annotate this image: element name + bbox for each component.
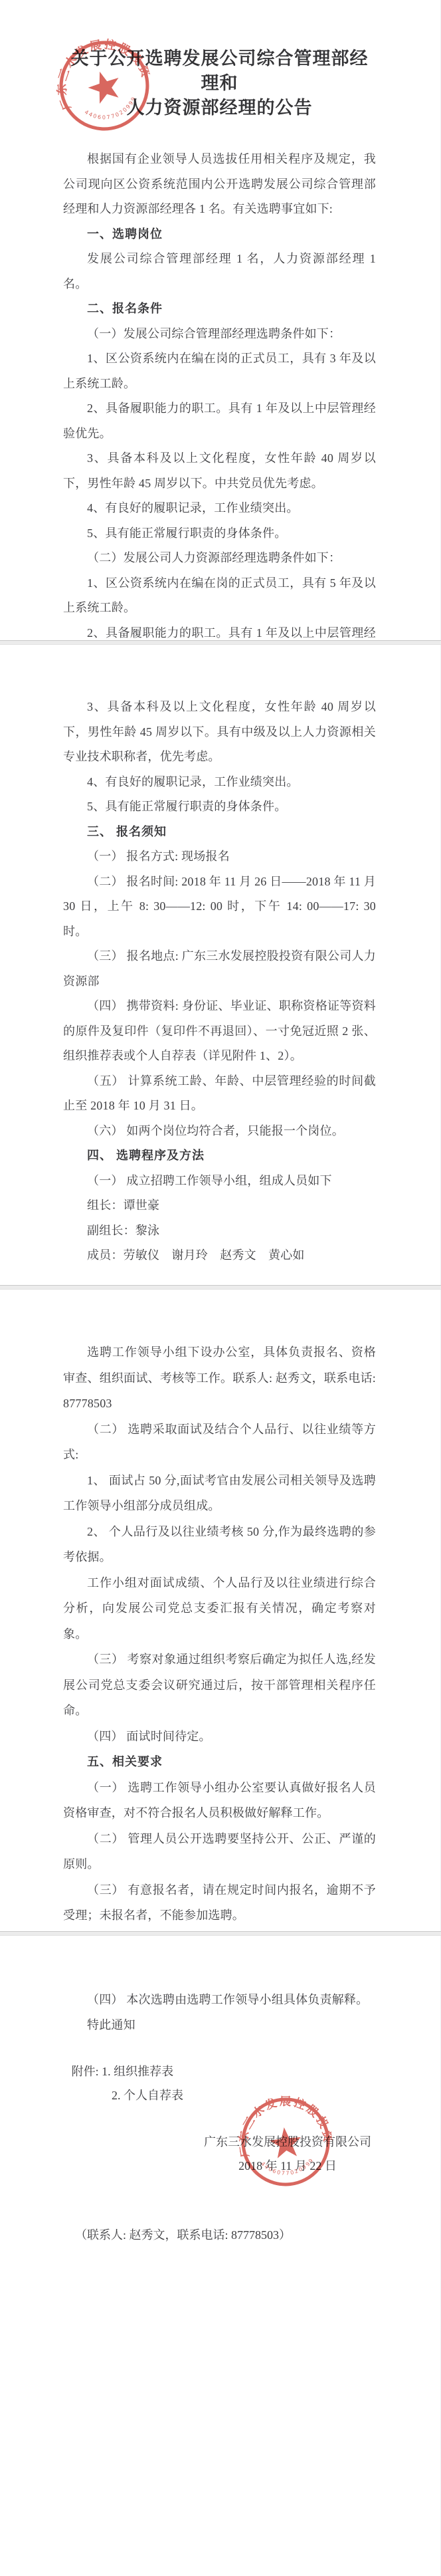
paragraph: （四） 本次选聘由选聘工作领导小组具体负责解释。	[63, 1988, 376, 2013]
attachment-item-2: 2. 个人自荐表	[63, 2083, 376, 2107]
signer-company-name: 广东三水发展控股投资有限公司	[204, 2130, 371, 2154]
paragraph: 1、 面试占 50 分,面试考官由发展公司相关领导及选聘工作领导小组部分成员组成…	[63, 1468, 376, 1519]
paragraph: （一） 报名方式: 现场报名	[63, 844, 376, 870]
title-line-2: 人力资源部经理的公告	[127, 98, 313, 118]
paragraph: （二） 报名时间: 2018 年 11 月 26 日——2018 年 11 月 …	[63, 870, 376, 945]
section-heading: 五、相关要求	[63, 1749, 376, 1775]
paragraph: 根据国有企业领导人员选拔任用相关程序及规定，我公司现向区公资系统范围内公开选聘发…	[63, 147, 376, 222]
paragraph: （一） 成立招聘工作领导小组，组成人员如下	[63, 1169, 376, 1194]
signature-block: 广东三水发展控股投资有限公司 2018 年 11 月 22 日	[204, 2130, 371, 2178]
paragraph: （三） 有意报名者，请在规定时间内报名，逾期不予受理；未报名者，不能参加选聘。	[63, 1877, 376, 1929]
leader-name-line: 副组长：黎泳	[63, 1219, 376, 1244]
paragraph: （二） 管理人员公开选聘要坚持公开、公正、严谨的原则。	[63, 1826, 376, 1877]
document-page-3: 选聘工作领导小组下设办公室，具体负责报名、资格审查、组织面试、考核等工作。联系人…	[0, 1290, 441, 1931]
page-4-body: （四） 本次选聘由选聘工作领导小组具体负责解释。 特此通知	[63, 1988, 376, 2038]
paragraph: （三） 报名地点: 广东三水发展控股投资有限公司人力资源部	[63, 944, 376, 994]
paragraph: 5、具有能正常履行职责的身体条件。	[63, 794, 376, 820]
paragraph: 2、 个人品行及以往业绩考核 50 分,作为最终选聘的参考依据。	[63, 1519, 376, 1570]
paragraph: （四） 面试时间待定。	[63, 1724, 376, 1750]
document-title: 关于公开选聘发展公司综合管理部经理和 人力资源部经理的公告	[63, 47, 376, 120]
paragraph: 发展公司综合管理部经理 1 名，人力资源部经理 1 名。	[63, 247, 376, 296]
paragraph: 2、具备履职能力的职工。具有 1 年及以上中层管理经验优先。	[63, 396, 376, 446]
paragraph: 选聘工作领导小组下设办公室，具体负责报名、资格审查、组织面试、考核等工作。联系人…	[63, 1340, 376, 1417]
contact-note: （联系人: 赵秀文，联系电话: 87778503）	[63, 2223, 376, 2247]
paragraph: （五） 计算系统工龄、年龄、中层管理经验的时间截止至 2018 年 10 月 3…	[63, 1069, 376, 1119]
section-heading: 一、选聘岗位	[63, 222, 376, 247]
page-separator	[0, 640, 441, 645]
paragraph: （一）发展公司综合管理部经理选聘条件如下：	[63, 322, 376, 347]
page-1-body: 根据国有企业领导人员选拔任用相关程序及规定，我公司现向区公资系统范围内公开选聘发…	[63, 147, 376, 640]
paragraph: 工作小组对面试成绩、个人品行及以往业绩进行综合分析，向发展公司党总支委汇报有关情…	[63, 1570, 376, 1647]
scanned-announcement-document: 广东三水发展控股投资有限公司 4406077020999 关于公开选聘发展公司综…	[0, 0, 441, 2576]
title-line-1: 关于公开选聘发展公司综合管理部经理和	[71, 49, 369, 93]
paragraph: （一） 选聘工作领导小组办公室要认真做好报名人员资格审查，对不符合报名人员积极做…	[63, 1775, 376, 1826]
page-2-body: 3、具备本科及以上文化程度，女性年龄 40 周岁以下，男性年龄 45 周岁以下。…	[63, 695, 376, 1268]
page-separator	[0, 1285, 441, 1290]
leader-name-line: 成员：劳敏仪 谢月玲 赵秀文 黄心如	[63, 1243, 376, 1268]
paragraph: 5、具有能正常履行职责的身体条件。	[63, 521, 376, 546]
attachments-list: 附件: 1. 组织推荐表 2. 个人自荐表	[63, 2059, 376, 2107]
document-page-2: 3、具备本科及以上文化程度，女性年龄 40 周岁以下，男性年龄 45 周岁以下。…	[0, 645, 441, 1285]
signature-date: 2018 年 11 月 22 日	[204, 2154, 371, 2178]
paragraph: 2、具备履职能力的职工。具有 1 年及以上中层管理经验优先。	[63, 621, 376, 641]
section-heading: 四、 选聘程序及方法	[63, 1143, 376, 1169]
paragraph: 4、有良好的履职记录，工作业绩突出。	[63, 770, 376, 795]
paragraph: 4、有良好的履职记录，工作业绩突出。	[63, 496, 376, 521]
paragraph: 3、具备本科及以上文化程度，女性年龄 40 周岁以下，男性年龄 45 周岁以下。…	[63, 446, 376, 496]
paragraph: 1、区公资系统内在编在岗的正式员工，具有 5 年及以上系统工龄。	[63, 571, 376, 621]
paragraph: 3、具备本科及以上文化程度，女性年龄 40 周岁以下，男性年龄 45 周岁以下。…	[63, 695, 376, 770]
paragraph: （四） 携带资料: 身份证、毕业证、职称资格证等资料的原件及复印件（复印件不再退…	[63, 994, 376, 1069]
paragraph: （二） 选聘采取面试及结合个人品行、以往业绩等方式:	[63, 1417, 376, 1468]
leader-name-line: 组长：谭世豪	[63, 1193, 376, 1219]
section-heading: 三、 报名须知	[63, 820, 376, 845]
closing-line: 特此通知	[63, 2013, 376, 2038]
paragraph: （二）发展公司人力资源部经理选聘条件如下：	[63, 546, 376, 571]
page-3-body: 选聘工作领导小组下设办公室，具体负责报名、资格审查、组织面试、考核等工作。联系人…	[63, 1340, 376, 1929]
document-page-4: （四） 本次选聘由选聘工作领导小组具体负责解释。 特此通知 附件: 1. 组织推…	[0, 1936, 441, 2576]
paragraph: 1、区公资系统内在编在岗的正式员工，具有 3 年及以上系统工龄。	[63, 346, 376, 396]
paragraph: （六） 如两个岗位均符合者，只能报一个岗位。	[63, 1119, 376, 1144]
section-heading: 二、报名条件	[63, 296, 376, 322]
paragraph: （三） 考察对象通过组织考察后确定为拟任人选,经发展公司党总支委会议研究通过后，…	[63, 1647, 376, 1724]
page-separator	[0, 1931, 441, 1936]
document-page-1: 广东三水发展控股投资有限公司 4406077020999 关于公开选聘发展公司综…	[0, 0, 441, 640]
attachment-item-1: 附件: 1. 组织推荐表	[63, 2059, 376, 2083]
